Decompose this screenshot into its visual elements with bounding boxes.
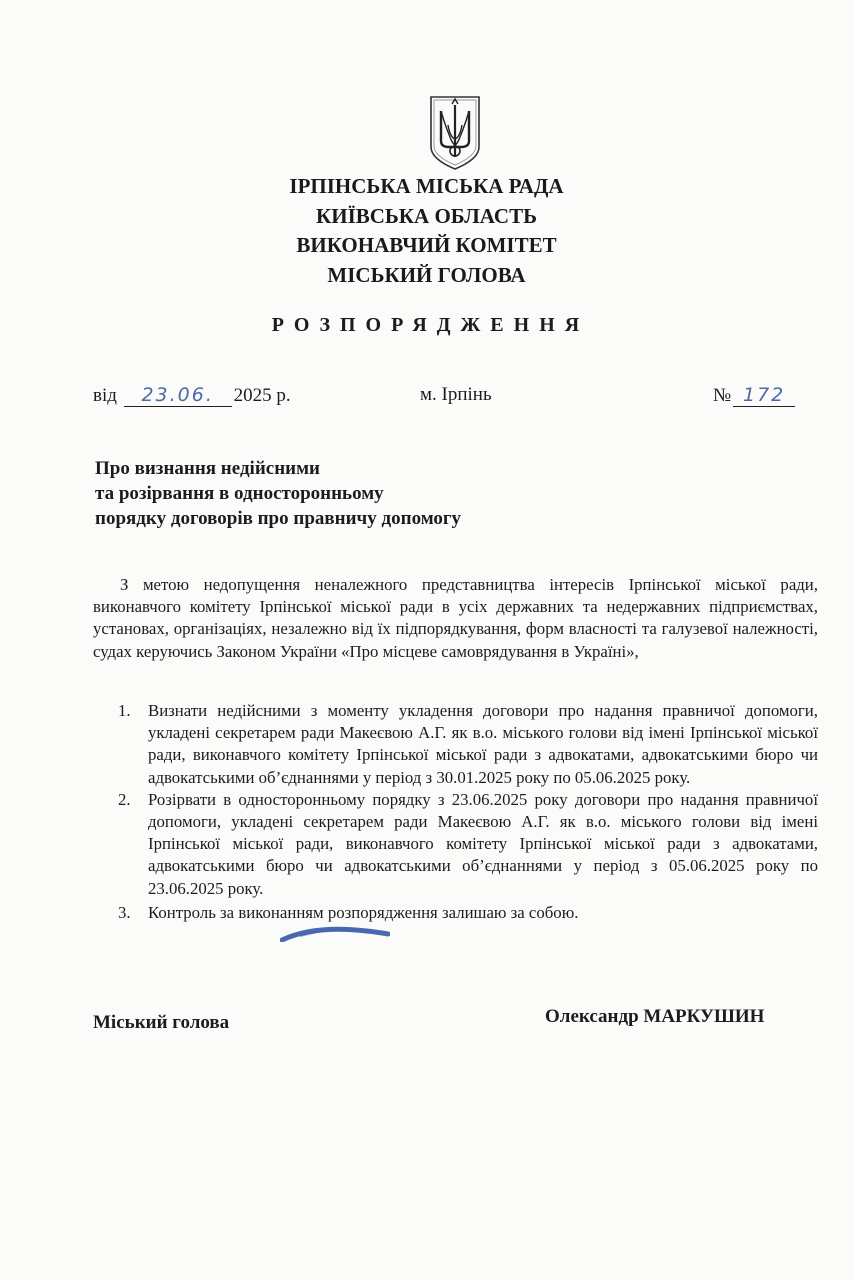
- document-type-title: РОЗПОРЯДЖЕННЯ: [0, 314, 853, 337]
- item-number: 3.: [118, 902, 131, 924]
- signatory-role: Міський голова: [93, 1012, 229, 1034]
- header-line-mayor: МІСЬКИЙ ГОЛОВА: [0, 261, 853, 291]
- document-page: ІРПІНСЬКА МІСЬКА РАДА КИЇВСЬКА ОБЛАСТЬ В…: [0, 0, 853, 1280]
- item-text: Розірвати в односторонньому порядку з 23…: [148, 790, 818, 898]
- item-text: Визнати недійсними з моменту укладення д…: [148, 701, 818, 787]
- header-line-council: ІРПІНСЬКА МІСЬКА РАДА: [0, 172, 853, 202]
- institution-header: ІРПІНСЬКА МІСЬКА РАДА КИЇВСЬКА ОБЛАСТЬ В…: [0, 172, 853, 290]
- subject-line: Про визнання недійсними: [95, 456, 461, 481]
- number-blank: 172: [733, 384, 795, 407]
- subject-heading: Про визнання недійсними та розірвання в …: [95, 456, 461, 531]
- stamp-mark-icon: [280, 920, 390, 942]
- date-blank: 23.06.: [124, 384, 232, 407]
- handwritten-number: 172: [743, 384, 785, 406]
- item-number: 2.: [118, 789, 131, 811]
- from-label: від: [93, 385, 117, 406]
- year-suffix: 2025 р.: [234, 385, 291, 406]
- resolution-item: 1. Визнати недійсними з моменту укладенн…: [118, 700, 818, 789]
- number-label: №: [713, 385, 731, 406]
- subject-line: та розірвання в односторонньому: [95, 481, 461, 506]
- resolution-items: 1. Визнати недійсними з моменту укладенн…: [118, 700, 818, 924]
- number-field: №172: [713, 384, 795, 407]
- city-label: м. Ірпінь: [420, 384, 492, 406]
- resolution-item: 3. Контроль за виконанням розпорядження …: [118, 902, 818, 924]
- handwritten-date: 23.06.: [141, 384, 213, 406]
- item-number: 1.: [118, 700, 131, 722]
- signatory-name: Олександр МАРКУШИН: [545, 1006, 764, 1028]
- header-line-committee: ВИКОНАВЧИЙ КОМІТЕТ: [0, 231, 853, 261]
- subject-line: порядку договорів про правничу допомогу: [95, 506, 461, 531]
- date-field: від 23.06.2025 р.: [93, 384, 291, 407]
- dateline: від 23.06.2025 р. м. Ірпінь №172: [93, 384, 823, 412]
- header-line-region: КИЇВСЬКА ОБЛАСТЬ: [0, 202, 853, 232]
- preamble-paragraph: З метою недопущення неналежного представ…: [93, 574, 818, 663]
- resolution-item: 2. Розірвати в односторонньому порядку з…: [118, 789, 818, 900]
- item-text: Контроль за виконанням розпорядження зал…: [148, 903, 578, 922]
- trident-icon: [428, 95, 482, 171]
